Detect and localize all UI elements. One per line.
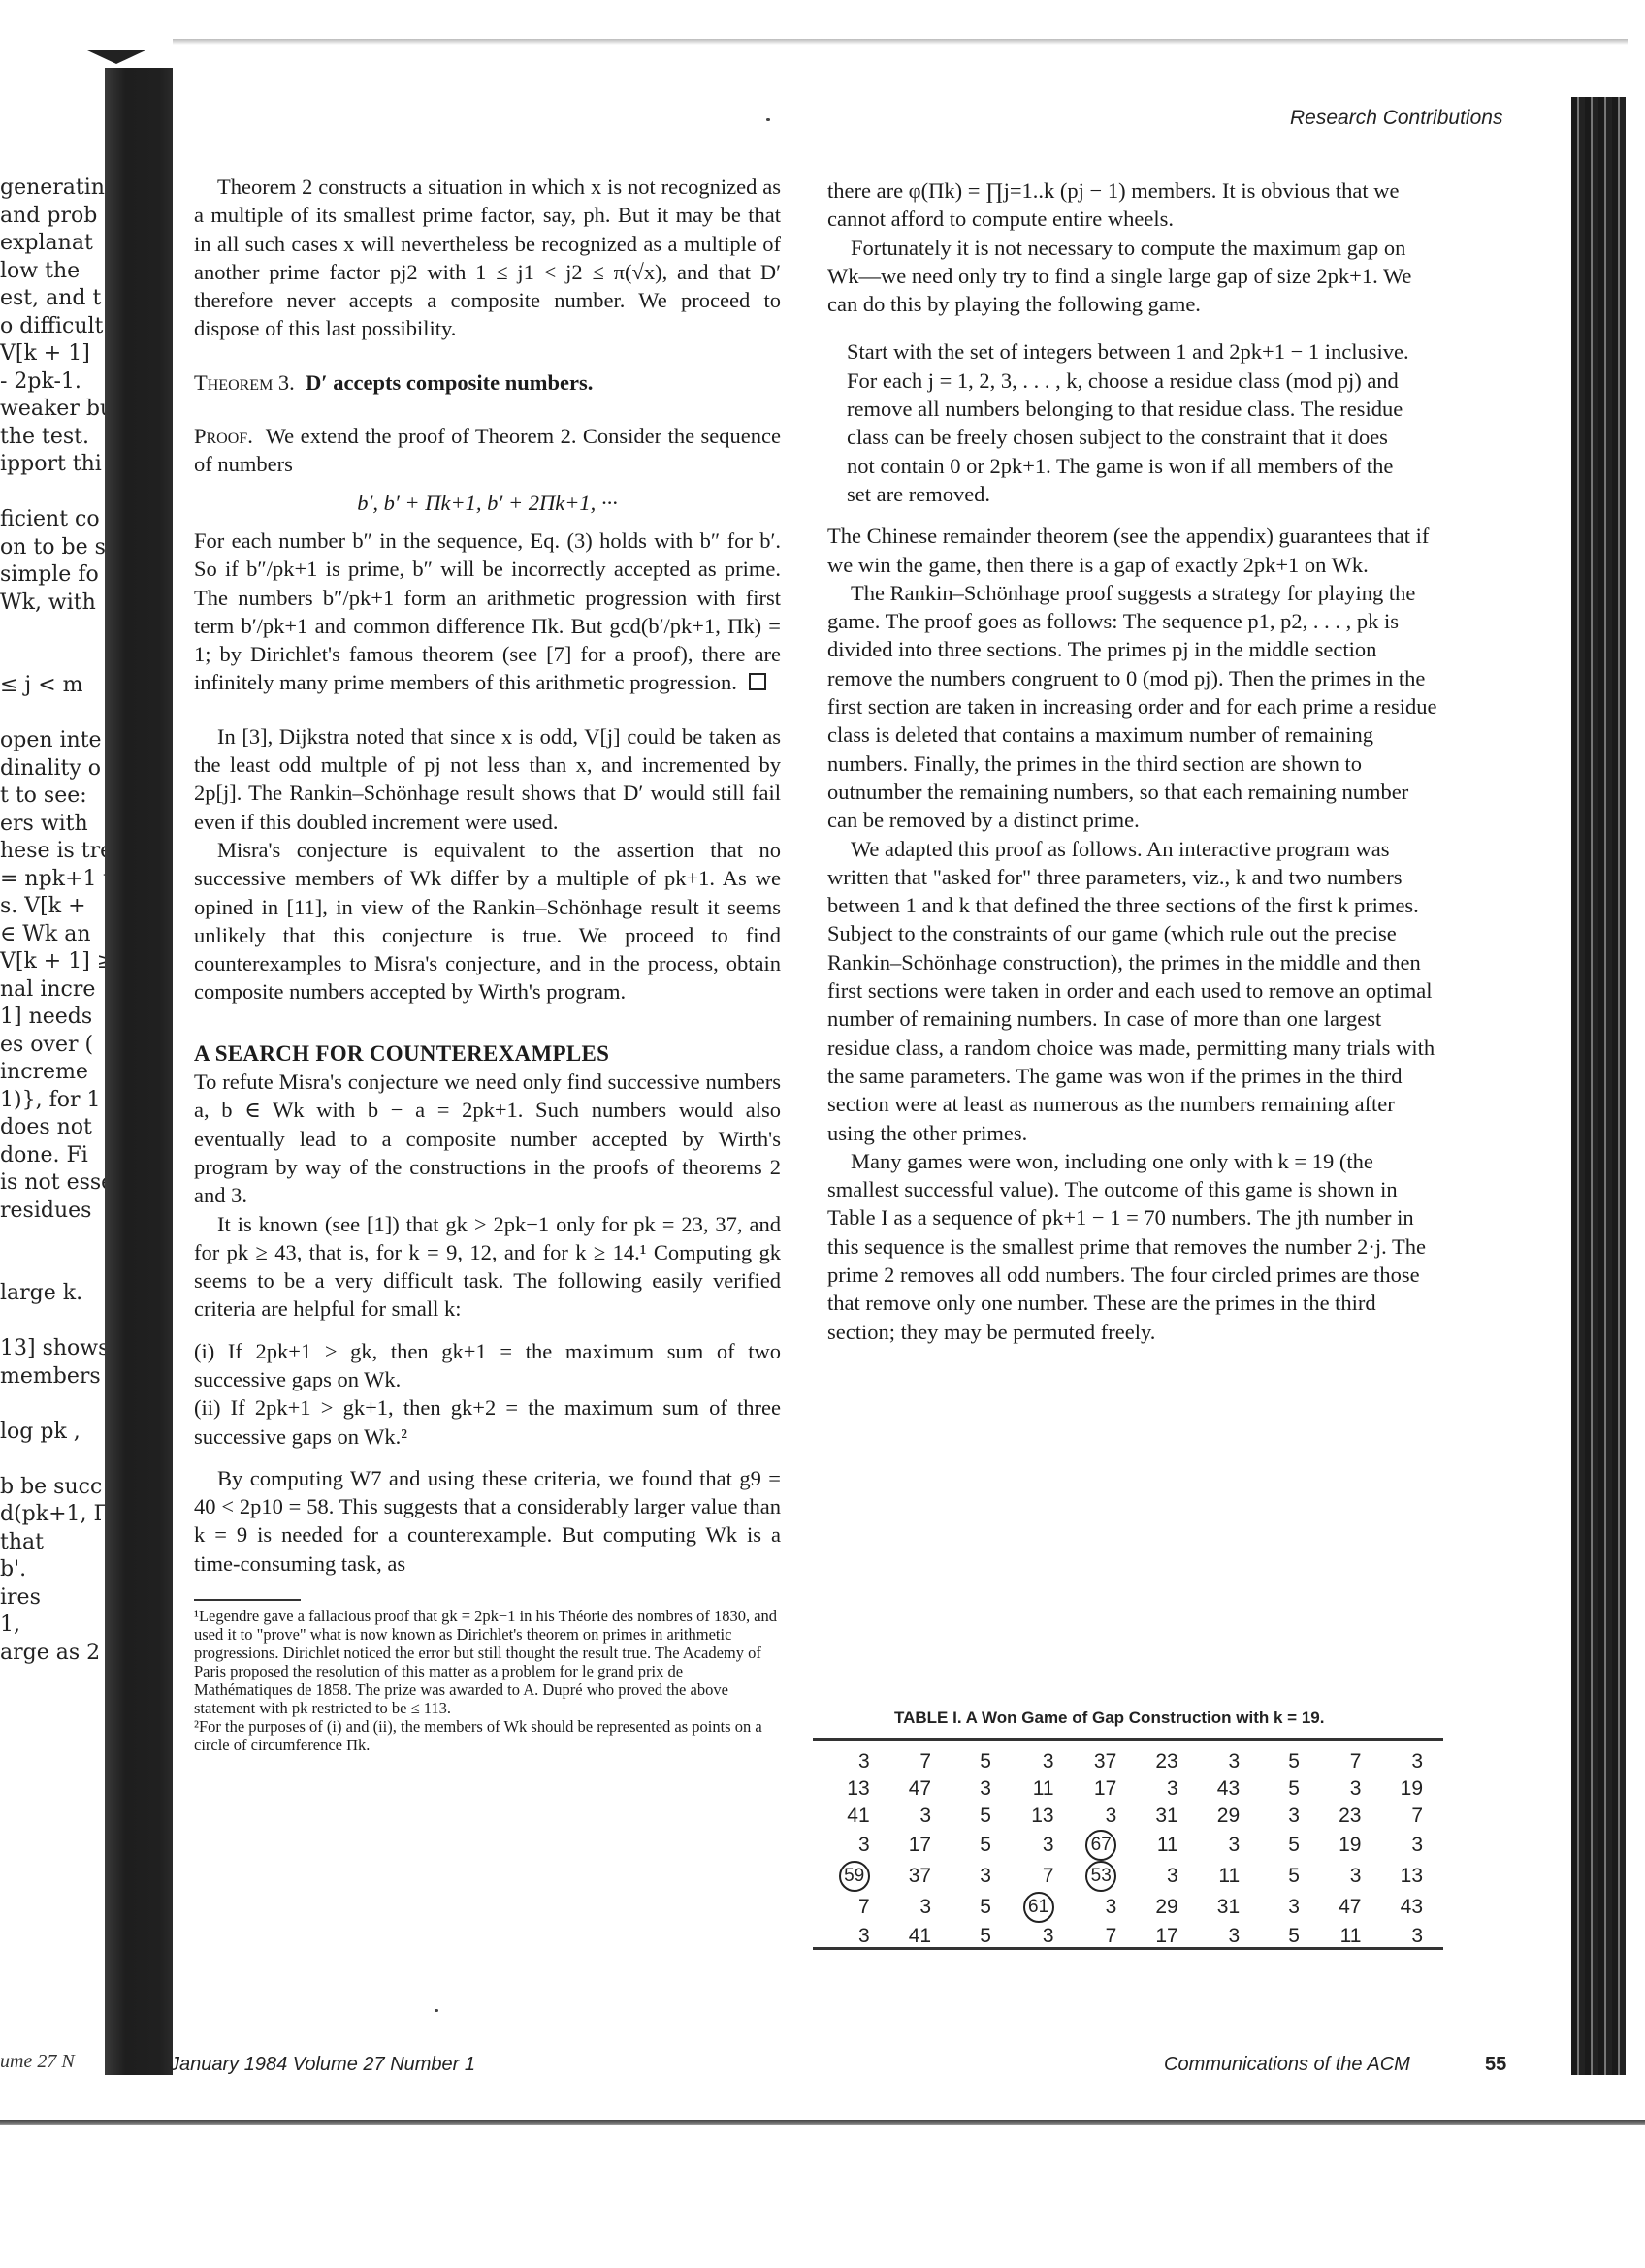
paragraph-rankin: The Rankin–Schönhage proof suggests a st… <box>827 579 1438 835</box>
scan-speck <box>766 118 770 121</box>
table-cell: 37 <box>876 1861 937 1892</box>
table-cell: 3 <box>1306 1775 1367 1803</box>
table-row: 375337233573 <box>813 1748 1429 1775</box>
facing-page-line: hese is tre <box>0 838 105 866</box>
table-cell: 5 <box>937 1830 997 1861</box>
table-row: 31753671135193 <box>813 1830 1429 1861</box>
table-cell: 17 <box>1122 1923 1183 1950</box>
facing-page-line: - 2pk-1. <box>0 368 105 397</box>
facing-page-line: explanat <box>0 230 105 258</box>
paragraph-known: It is known (see [1]) that gk > 2pk−1 on… <box>194 1210 781 1324</box>
footnote-2: ²For the purposes of (i) and (ii), the m… <box>194 1717 781 1754</box>
table-cell: 3 <box>813 1923 876 1950</box>
facing-page-line: done. Fi <box>0 1142 105 1170</box>
facing-page-line: o difficult <box>0 313 105 341</box>
proof-label: Proof. <box>194 424 253 448</box>
table-cell: 19 <box>1367 1775 1429 1803</box>
table-cell: 5 <box>937 1923 997 1950</box>
table-cell: 17 <box>1060 1775 1123 1803</box>
table-cell: 5 <box>1245 1748 1306 1775</box>
facing-page-line <box>0 1446 105 1474</box>
facing-page-line: ficient co <box>0 506 105 534</box>
paragraph-fortunately: Fortunately it is not necessary to compu… <box>827 234 1438 319</box>
circled-prime: 67 <box>1085 1830 1116 1861</box>
facing-page-line: open inte <box>0 727 105 755</box>
facing-page-line: on to be s <box>0 534 105 562</box>
table-cell: 17 <box>876 1830 937 1861</box>
table-cell: 11 <box>1184 1861 1245 1892</box>
table-cell: 3 <box>813 1830 876 1861</box>
table-cell: 3 <box>876 1803 937 1830</box>
table-row: 1347311173435319 <box>813 1775 1429 1803</box>
facing-page-line: simple fo <box>0 561 105 590</box>
table-cell: 5 <box>1245 1923 1306 1950</box>
theorem-label: Theorem 3. <box>194 370 295 395</box>
facing-page-line <box>0 1390 105 1419</box>
table-cell: 29 <box>1184 1803 1245 1830</box>
paragraph-refute: To refute Misra's conjecture we need onl… <box>194 1068 781 1209</box>
facing-page-line: est, and t <box>0 285 105 313</box>
facing-page-line: ipport thi <box>0 451 105 479</box>
sequence-equation: b′, b′ + Πk+1, b′ + 2Πk+1, ··· <box>194 489 781 517</box>
circled-prime: 53 <box>1085 1861 1116 1892</box>
paragraph-w7: By computing W7 and using these criteria… <box>194 1464 781 1578</box>
facing-page-line: dinality o <box>0 755 105 783</box>
paragraph-theorem2-discussion: Theorem 2 constructs a situation in whic… <box>194 173 781 343</box>
facing-page-line: ers with <box>0 811 105 839</box>
table-cell: 5 <box>937 1892 997 1923</box>
table-cell: 3 <box>997 1923 1060 1950</box>
table-cell: 3 <box>1367 1830 1429 1861</box>
table-row: 413513331293237 <box>813 1803 1429 1830</box>
proof-intro: We extend the proof of Theorem 2. Consid… <box>194 424 781 476</box>
table-cell: 3 <box>937 1861 997 1892</box>
page-bottom-edge <box>0 2120 1645 2125</box>
qed-square-icon <box>749 673 766 690</box>
table-cell: 67 <box>1060 1830 1123 1861</box>
journal-footer: Communications of the ACM <box>1164 2054 1410 2076</box>
facing-page-line: 1] needs <box>0 1004 105 1032</box>
facing-page-line: 1)}, for 1 <box>0 1087 105 1115</box>
proof-body-text: For each number b″ in the sequence, Eq. … <box>194 528 781 694</box>
criterion-ii: (ii) If 2pk+1 > gk+1, then gk+2 = the ma… <box>194 1393 781 1451</box>
facing-page-line: and prob <box>0 203 105 231</box>
table-cell: 7 <box>997 1861 1060 1892</box>
paragraph-many-games: Many games were won, including one only … <box>827 1147 1438 1346</box>
table-cell: 5 <box>1245 1830 1306 1861</box>
table-row: 593737533115313 <box>813 1861 1429 1892</box>
table-cell: 47 <box>876 1775 937 1803</box>
table-cell: 7 <box>1367 1803 1429 1830</box>
table-cell: 3 <box>997 1830 1060 1861</box>
table-cell: 7 <box>1306 1748 1367 1775</box>
paragraph-crt: The Chinese remainder theorem (see the a… <box>827 522 1438 579</box>
facing-page-line: generatin <box>0 175 105 203</box>
facing-page-line: = npk+1 w <box>0 866 105 894</box>
text-column-left: Theorem 2 constructs a situation in whic… <box>194 173 781 1754</box>
table-cell: 3 <box>1245 1892 1306 1923</box>
facing-page-line: ∈ Wk an <box>0 921 105 949</box>
table-cell: 29 <box>1122 1892 1183 1923</box>
table-cell: 13 <box>997 1803 1060 1830</box>
table-cell: 31 <box>1184 1892 1245 1923</box>
facing-page-line: does not <box>0 1114 105 1142</box>
theorem-statement: D′ accepts composite numbers. <box>306 370 593 395</box>
table-cell: 43 <box>1367 1892 1429 1923</box>
table-cell: 5 <box>937 1748 997 1775</box>
page-number: 55 <box>1485 2054 1506 2076</box>
page-top-edge <box>173 39 1628 45</box>
facing-page-line <box>0 617 105 645</box>
table-cell: 37 <box>1060 1748 1123 1775</box>
table-row: 735613293134743 <box>813 1892 1429 1923</box>
text-column-right: there are φ(Πk) = ∏j=1..k (pj − 1) membe… <box>827 176 1438 1346</box>
facing-page-line: arge as 2 <box>0 1640 105 1668</box>
table-cell: 3 <box>1184 1748 1245 1775</box>
page-stack-edge-right <box>1571 97 1626 2075</box>
facing-page-line: V[k + 1] ≥ <box>0 948 105 976</box>
table-caption: TABLE I. A Won Game of Gap Construction … <box>894 1709 1324 1728</box>
facing-page-line: log pk , <box>0 1419 105 1447</box>
table-cell: 31 <box>1122 1803 1183 1830</box>
facing-page-line: s. V[k + <box>0 893 105 921</box>
table-cell: 41 <box>876 1923 937 1950</box>
table-cell: 3 <box>1060 1892 1123 1923</box>
table-cell: 3 <box>1122 1861 1183 1892</box>
table-cell: 3 <box>876 1892 937 1923</box>
paragraph-misra: Misra's conjecture is equivalent to the … <box>194 836 781 1006</box>
circled-prime: 61 <box>1023 1892 1054 1923</box>
table-cell: 41 <box>813 1803 876 1830</box>
facing-page-line: that <box>0 1529 105 1557</box>
proof-body: For each number b″ in the sequence, Eq. … <box>194 527 781 697</box>
footnote-divider <box>194 1599 301 1601</box>
table-cell: 3 <box>1060 1803 1123 1830</box>
table-cell: 23 <box>1122 1748 1183 1775</box>
facing-page-fragment: generatinand probexplanatlow theest, and… <box>0 175 105 1949</box>
binding-shadow-top <box>87 50 145 64</box>
table-cell: 5 <box>937 1803 997 1830</box>
circled-prime: 59 <box>839 1861 870 1892</box>
facing-page-line: t to see: <box>0 783 105 811</box>
table-cell: 3 <box>1184 1923 1245 1950</box>
table-cell: 3 <box>1245 1803 1306 1830</box>
facing-page-line <box>0 479 105 507</box>
facing-page-line: increme <box>0 1059 105 1087</box>
facing-page-line: nal incre <box>0 976 105 1005</box>
facing-page-line: es over ( <box>0 1032 105 1060</box>
facing-page-line: is not esse <box>0 1169 105 1198</box>
facing-page-line: 13] shows <box>0 1335 105 1363</box>
facing-page-line: ≤ j < m <box>0 672 105 700</box>
table-cell: 11 <box>1122 1830 1183 1861</box>
theorem-3: Theorem 3. D′ accepts composite numbers. <box>194 368 781 397</box>
running-head: Research Contributions <box>1290 107 1502 130</box>
table-row: 3415371735113 <box>813 1923 1429 1950</box>
scan-speck <box>435 2009 438 2012</box>
table-cell: 5 <box>1245 1775 1306 1803</box>
paragraph-adapted: We adapted this proof as follows. An int… <box>827 835 1438 1147</box>
table-cell: 7 <box>1060 1923 1123 1950</box>
table-cell: 59 <box>813 1861 876 1892</box>
table-cell: 7 <box>876 1748 937 1775</box>
table-cell: 13 <box>1367 1861 1429 1892</box>
footnote-1: ¹Legendre gave a fallacious proof that g… <box>194 1607 781 1717</box>
issue-footer: January 1984 Volume 27 Number 1 <box>170 2054 475 2076</box>
facing-page-line: weaker bu <box>0 396 105 424</box>
facing-page-line: the test. <box>0 424 105 452</box>
facing-page-line: d(pk+1, Πk <box>0 1501 105 1529</box>
table-cell: 53 <box>1060 1861 1123 1892</box>
table-bottom-rule <box>813 1947 1443 1950</box>
table-cell: 23 <box>1306 1803 1367 1830</box>
facing-page-line: residues <box>0 1198 105 1226</box>
paragraph-phi: there are φ(Πk) = ∏j=1..k (pj − 1) membe… <box>827 176 1438 234</box>
table-cell: 11 <box>1306 1923 1367 1950</box>
table-cell: 3 <box>1367 1923 1429 1950</box>
criterion-i: (i) If 2pk+1 > gk, then gk+1 = the maxim… <box>194 1337 781 1394</box>
binding-shadow-left <box>105 68 173 2075</box>
facing-page-line: members <box>0 1363 105 1391</box>
paragraph-dijkstra: In [3], Dijkstra noted that since x is o… <box>194 722 781 836</box>
facing-page-footer: ume 27 N <box>0 2051 75 2073</box>
facing-page-line: low the <box>0 258 105 286</box>
table-cell: 11 <box>997 1775 1060 1803</box>
table-cell: 19 <box>1306 1830 1367 1861</box>
proof: Proof. We extend the proof of Theorem 2.… <box>194 422 781 479</box>
facing-page-line <box>0 1253 105 1281</box>
table-cell: 3 <box>1184 1830 1245 1861</box>
facing-page-line <box>0 700 105 728</box>
facing-page-line: b be succ <box>0 1474 105 1502</box>
table-cell: 13 <box>813 1775 876 1803</box>
facing-page-line: Wk, with <box>0 590 105 618</box>
facing-page-line: large k. <box>0 1280 105 1308</box>
section-heading: A SEARCH FOR COUNTEREXAMPLES <box>194 1039 781 1068</box>
facing-page-line: ires <box>0 1584 105 1613</box>
table-cell: 3 <box>997 1748 1060 1775</box>
table-cell: 61 <box>997 1892 1060 1923</box>
table-top-rule <box>813 1738 1443 1741</box>
table-cell: 3 <box>937 1775 997 1803</box>
table-cell: 47 <box>1306 1892 1367 1923</box>
game-rules-block: Start with the set of integers between 1… <box>847 337 1419 508</box>
table-cell: 5 <box>1245 1861 1306 1892</box>
table-cell: 3 <box>813 1748 876 1775</box>
table-cell: 3 <box>1122 1775 1183 1803</box>
facing-page-line <box>0 1308 105 1336</box>
table-cell: 7 <box>813 1892 876 1923</box>
facing-page-line: b'. <box>0 1556 105 1584</box>
facing-page-line: 1, <box>0 1612 105 1640</box>
table-cell: 43 <box>1184 1775 1245 1803</box>
table-cell: 3 <box>1306 1861 1367 1892</box>
facing-page-line <box>0 645 105 673</box>
facing-page-line <box>0 1225 105 1253</box>
game-table: 3753372335731347311173435319413513331293… <box>813 1748 1429 1950</box>
table-cell: 3 <box>1367 1748 1429 1775</box>
facing-page-line: V[k + 1] <box>0 340 105 368</box>
